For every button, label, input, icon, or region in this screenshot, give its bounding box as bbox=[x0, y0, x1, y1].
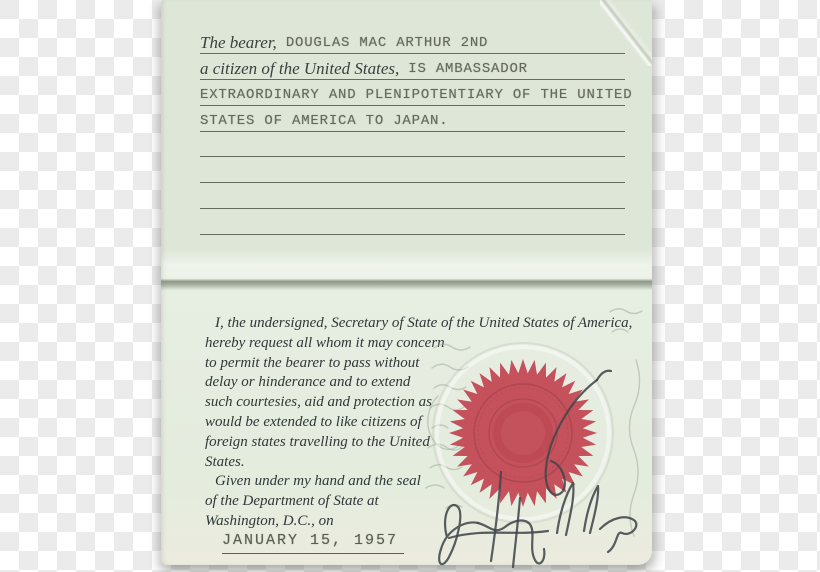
transparent-checkerboard-background: The bearer, DOUGLAS MAC ARTHUR 2ND a cit… bbox=[0, 0, 820, 572]
issue-date-row: JANUARY 15, 1957 bbox=[222, 531, 404, 554]
title-value-line-2: EXTRAORDINARY AND PLENIPOTENTIARY OF THE… bbox=[200, 86, 632, 105]
blank-ruled-line bbox=[200, 209, 625, 235]
paragraph-line: foreign states travelling to the United bbox=[205, 433, 605, 453]
blank-ruled-line bbox=[200, 131, 625, 157]
blank-ruled-line bbox=[200, 157, 625, 183]
page-corner-fold bbox=[600, 0, 652, 66]
bearer-name-value: DOUGLAS MAC ARTHUR 2ND bbox=[286, 34, 488, 53]
bearer-label: The bearer, bbox=[200, 32, 277, 53]
paragraph-line: I, the undersigned, Secretary of State o… bbox=[205, 314, 605, 334]
blank-ruled-line bbox=[200, 183, 625, 209]
title-row-3: STATES OF AMERICA TO JAPAN. bbox=[200, 106, 625, 132]
paragraph-line: hereby request all whom it may concern bbox=[205, 334, 605, 354]
paragraph-line: of the Department of State at bbox=[205, 492, 605, 512]
title-value-line-1: IS AMBASSADOR bbox=[408, 60, 528, 79]
paragraph-line: would be extended to like citizens of bbox=[205, 413, 605, 433]
citizenship-label: a citizen of the United States, bbox=[200, 58, 399, 79]
secretary-request-paragraph: I, the undersigned, Secretary of State o… bbox=[205, 314, 605, 532]
paragraph-line: delay or hinderance and to extend bbox=[205, 373, 605, 393]
passport-page: The bearer, DOUGLAS MAC ARTHUR 2ND a cit… bbox=[161, 0, 652, 565]
issue-date-value: JANUARY 15, 1957 bbox=[222, 532, 398, 549]
paragraph-line: States. bbox=[205, 453, 605, 473]
paragraph-line: Given under my hand and the seal bbox=[205, 472, 605, 492]
title-value-line-3: STATES OF AMERICA TO JAPAN. bbox=[200, 112, 448, 131]
paragraph-line: such courtesies, aid and protection as bbox=[205, 393, 605, 413]
paragraph-line: Washington, D.C., on bbox=[205, 512, 605, 532]
paragraph-line: to permit the bearer to pass without bbox=[205, 354, 605, 374]
citizenship-row: a citizen of the United States, IS AMBAS… bbox=[200, 54, 625, 80]
title-row-2: EXTRAORDINARY AND PLENIPOTENTIARY OF THE… bbox=[200, 80, 625, 106]
bearer-name-row: The bearer, DOUGLAS MAC ARTHUR 2ND bbox=[200, 28, 625, 54]
